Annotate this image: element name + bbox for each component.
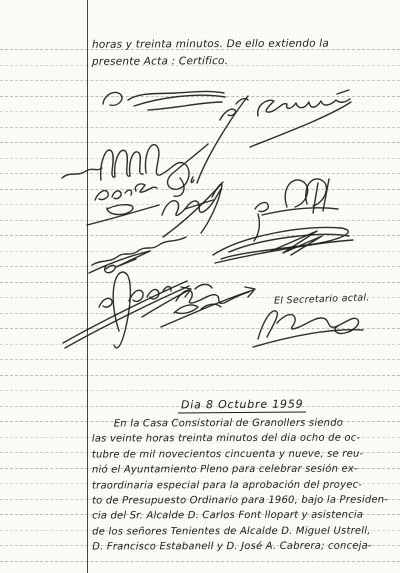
- closing-text: horas y treinta minutos. De ello extiend…: [92, 35, 392, 71]
- rule-line: [0, 251, 400, 252]
- signature-3: [191, 96, 248, 183]
- signature-6: [162, 182, 223, 237]
- rule-line: [0, 173, 400, 174]
- rule-line: [0, 235, 400, 236]
- rule-line: [0, 344, 400, 345]
- rule-line: [0, 375, 400, 376]
- rule-line: [0, 313, 400, 314]
- paragraph-line: traordinaria especial para la aprobación…: [92, 477, 398, 493]
- signature-11: [161, 284, 255, 327]
- signature-1: [103, 91, 225, 110]
- rule-line: [0, 204, 400, 205]
- paragraph-line: las veinte horas treinta minutos del dia…: [92, 431, 398, 447]
- rule-line: [0, 390, 400, 391]
- rule-line: [0, 266, 400, 267]
- rule-line: [0, 328, 400, 329]
- paragraph-line: nió el Ayuntamiento Pleno para celebrar …: [92, 462, 398, 478]
- rule-line: [0, 220, 400, 221]
- rule-line: [0, 127, 400, 128]
- paragraph-line: de los señores Tenientes de Alcalde D. M…: [92, 523, 398, 539]
- rule-line: [0, 158, 400, 159]
- margin-line: [87, 0, 88, 573]
- signature-2: [250, 90, 351, 147]
- minutes-paragraph: En la Casa Consistorial de Granollers si…: [92, 415, 398, 555]
- rule-line: [0, 142, 400, 143]
- signature-10: [63, 272, 191, 348]
- paragraph-line: D. Francisco Estabanell y D. José A. Cab…: [92, 539, 398, 555]
- rule-line: [0, 111, 400, 112]
- paragraph-line: cia del Sr. Alcalde D. Carlos Font llopa…: [92, 508, 398, 524]
- date-heading: Dia 8 Octubre 1959: [178, 398, 307, 414]
- paragraph-line: En la Casa Consistorial de Granollers si…: [92, 415, 398, 431]
- closing-line-2: presente Acta : Certifico.: [92, 52, 392, 71]
- rule-line: [0, 359, 400, 360]
- paragraph-line: tubre de mil novecientos cincuenta y nue…: [92, 446, 398, 462]
- rule-line: [0, 80, 400, 81]
- scanned-minutes-page: horas y treinta minutos. De ello extiend…: [0, 0, 400, 573]
- rule-line: [0, 189, 400, 190]
- rule-line: [0, 96, 400, 97]
- paragraph-line: to de Presupuesto Ordinario para 1960, b…: [92, 492, 398, 508]
- rule-line: [0, 282, 400, 283]
- secretary-caption: El Secretario actal.: [274, 292, 370, 306]
- signature-9: [213, 228, 353, 263]
- rule-line: [0, 561, 400, 562]
- signature-8: [89, 237, 186, 273]
- closing-line-1: horas y treinta minutos. De ello extiend…: [92, 35, 392, 54]
